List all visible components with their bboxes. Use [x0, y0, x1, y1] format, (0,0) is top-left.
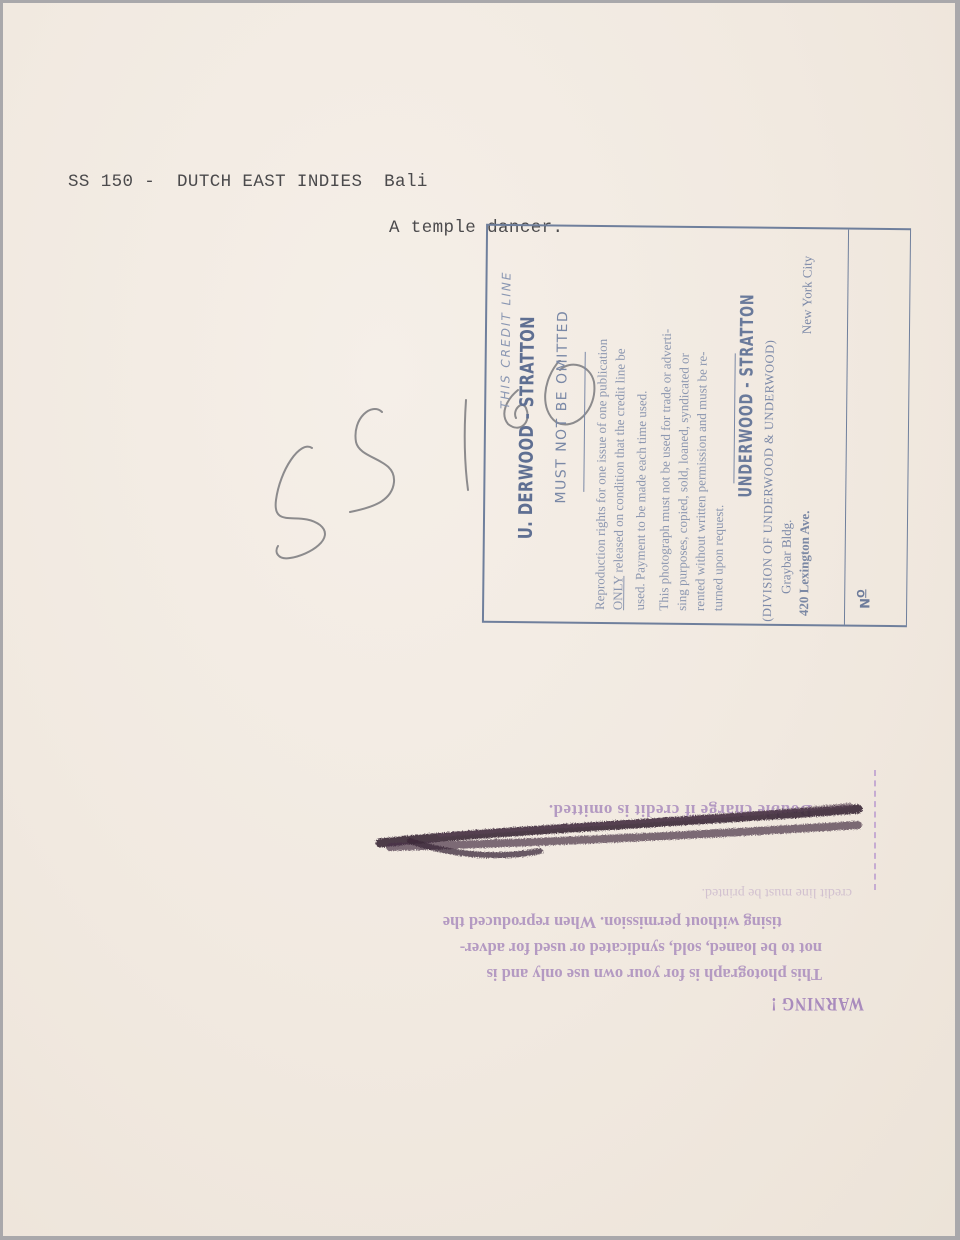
agency-division: (DIVISION OF UNDERWOOD & UNDERWOOD)	[760, 340, 778, 622]
agency-address: 420 Lexington Ave.	[796, 510, 813, 616]
credit-line-stamp: THIS CREDIT LINE U. DERWOOD - STRATTON M…	[482, 224, 911, 627]
crayon-strike-mark	[370, 795, 870, 870]
warning-border-fragment	[874, 770, 876, 890]
credit-rule	[583, 352, 585, 492]
warning-title: WARNING !	[770, 992, 864, 1014]
agency-name: UNDERWOOD - STRATTON	[735, 294, 758, 498]
only-released-line: ONLY released on condition that the cred…	[610, 348, 629, 610]
agency-city: New York City	[799, 256, 816, 335]
payment-line: used. Payment to be made each time used.	[632, 390, 650, 610]
credit-title: THIS CREDIT LINE	[498, 271, 513, 409]
warning-line-3: tising without permission. When reproduc…	[443, 912, 782, 932]
typed-caption-title: SS 150 - DUTCH EAST INDIES Bali	[68, 172, 428, 192]
warning-line-2: not to be loaned, sold, syndicated or us…	[460, 938, 822, 958]
number-label-n: N	[858, 598, 873, 609]
usage-line-2: sing purposes, copied, sold, loaned, syn…	[674, 353, 693, 611]
usage-line-4: turned upon request.	[710, 505, 727, 612]
warning-line-1: This photograph is for your own use only…	[487, 964, 822, 984]
usage-line-1: This photograph must not be used for tra…	[656, 329, 675, 611]
credit-must-not-omit: MUST NOT BE OMITTED	[553, 310, 571, 504]
released-text: released on condition that the credit li…	[610, 348, 627, 576]
reproduction-rights-line: Reproduction rights for one issue of one…	[592, 339, 611, 610]
agency-building: Graybar Bldg.	[778, 519, 795, 594]
number-label: NO	[856, 589, 874, 609]
number-label-o: O	[856, 589, 867, 598]
warning-line-4: credit line must be printed.	[702, 884, 852, 900]
only-word: ONLY	[610, 576, 625, 610]
credit-name: U. DERWOOD - STRATTON	[515, 316, 539, 539]
usage-line-3: rented without written permission and mu…	[692, 351, 711, 611]
credit-stamp-text: THIS CREDIT LINE U. DERWOOD - STRATTON M…	[484, 226, 910, 625]
